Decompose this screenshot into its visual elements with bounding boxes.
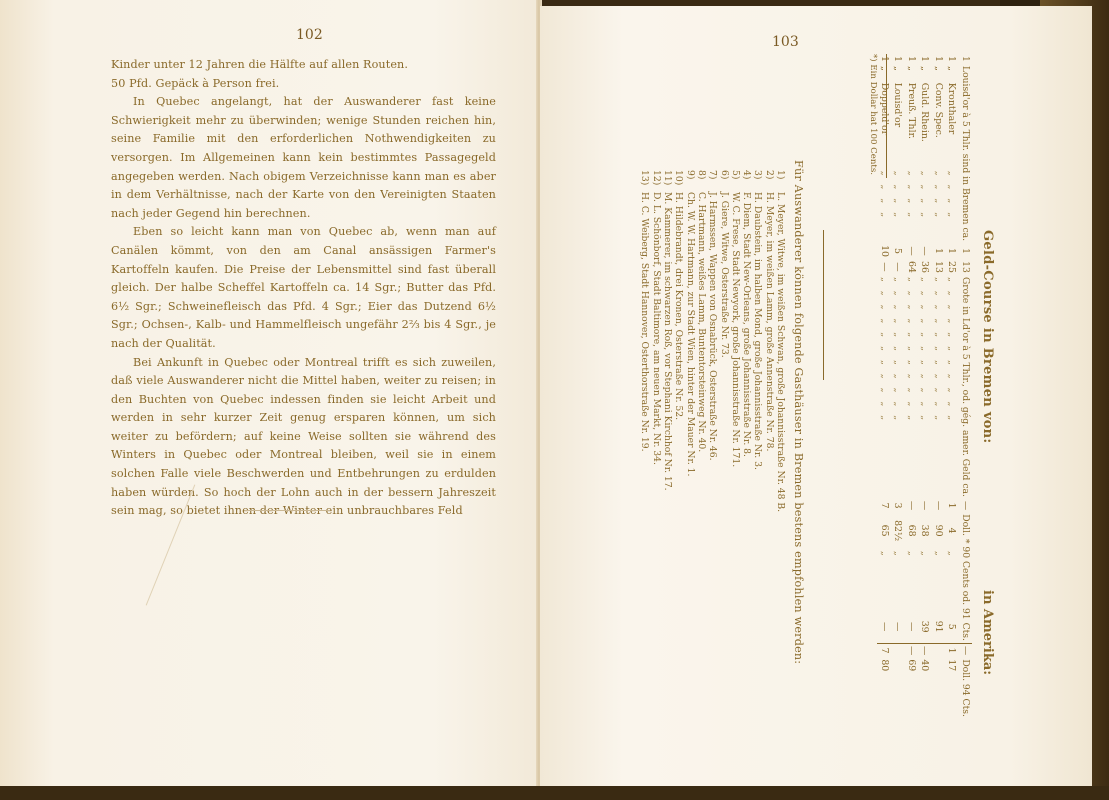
list-item: 13)H. C. Weiberg, Stadt Hannover, Ostert…	[639, 170, 650, 512]
table-row: 1 „Louisd'or „ „ „ „ 5 — „ „ „ „ „ „ „ „…	[891, 54, 905, 719]
book-spread: 102 Kinder unter 12 Jahren die Hälfte au…	[0, 0, 1109, 800]
list-item: 12)D. L. Schönborf, Stadt Baltimore, am …	[650, 170, 661, 512]
table-row: 1 „Doppeld'or „ „ „ „ 10 — „ „ „ „ „ „ „…	[878, 54, 892, 719]
hotel-list: 1)L. Meyer, Witwe, im weißen Schwan, gro…	[639, 170, 786, 512]
table-row: 1 „Preuß. Thlr. „ „ „ „ — 64 „ „ „ „ „ „…	[905, 54, 919, 719]
table-row: 1 „Kronthaler „ „ „ „ 1 25 „ „ „ „ „ „ „…	[945, 54, 959, 719]
rotated-content: Geld-Course in Bremen von: in Amerika: 1…	[600, 50, 1000, 710]
section-rule	[823, 230, 824, 380]
list-item: 6)J. Giere, Witwe, Osterstraße Nr. 73.	[718, 170, 729, 512]
paragraph: Eben so leicht kann man von Quebec ab, w…	[111, 223, 496, 353]
left-page-body: Kinder unter 12 Jahren die Hälfte auf al…	[111, 56, 496, 521]
list-item: 9)Ch. W. W. Hartmann, zur Stadt Wien, hi…	[684, 170, 695, 512]
list-item: 8)C. Hartmann, weißes Lamm, Buntentorste…	[696, 170, 707, 512]
left-page-number: 102	[296, 27, 323, 43]
left-page: 102 Kinder unter 12 Jahren die Hälfte au…	[0, 0, 540, 788]
exchange-title-america: in Amerika:	[980, 590, 995, 675]
list-item: 2)H. Meyer, im weißen Lamm, große Annens…	[763, 170, 774, 512]
list-item: 4)F. Diem, Stadt New-Orleans, große Joha…	[741, 170, 752, 512]
list-item: 7)J. Harmssen, Wappen von Osnabrück, Ost…	[707, 170, 718, 512]
exchange-rate-table: 1 Louisd'or à 5 Thlr. sind in Bremen ca.…	[878, 54, 973, 719]
exchange-title: Geld-Course in Bremen von:	[980, 230, 995, 444]
paragraph: 50 Pfd. Gepäck à Person frei.	[111, 75, 496, 94]
table-row: 1 „Guld. Rhein. „ „ „ „ — 36 „ „ „ „ „ „…	[918, 54, 932, 719]
table-row: 1 Louisd'or à 5 Thlr. sind in Bremen ca.…	[959, 54, 973, 719]
paragraph: Bei Ankunft in Quebec oder Montreal trif…	[111, 354, 496, 521]
list-item: 11)M. Kammerer, im schwarzen Roß, vor St…	[662, 170, 673, 512]
right-page-number: 103	[772, 34, 799, 50]
footnote: *) Ein Dollar hat 100 Cents.	[868, 54, 878, 175]
pencil-mark	[245, 510, 330, 511]
list-item: 1)L. Meyer, Witwe, im weißen Schwan, gro…	[775, 170, 786, 512]
table-rule	[886, 54, 887, 178]
hotels-heading: Für Auswanderer können folgende Gasthäus…	[792, 160, 805, 664]
paragraph: In Quebec angelangt, hat der Auswanderer…	[111, 93, 496, 223]
paragraph: Kinder unter 12 Jahren die Hälfte auf al…	[111, 56, 496, 75]
list-item: 5)W. C. Frese, Stadt Newyork, große Joha…	[730, 170, 741, 512]
list-item: 10)H. Hildebrandt, drei Kronen, Osterstr…	[673, 170, 684, 512]
table-row: 1 „Conv. Spec. „ „ „ „ 1 13 „ „ „ „ „ „ …	[932, 54, 946, 719]
background-bottom	[0, 786, 1109, 800]
list-item: 3)H. Daubstein, im halben Mond, große Jo…	[752, 170, 763, 512]
